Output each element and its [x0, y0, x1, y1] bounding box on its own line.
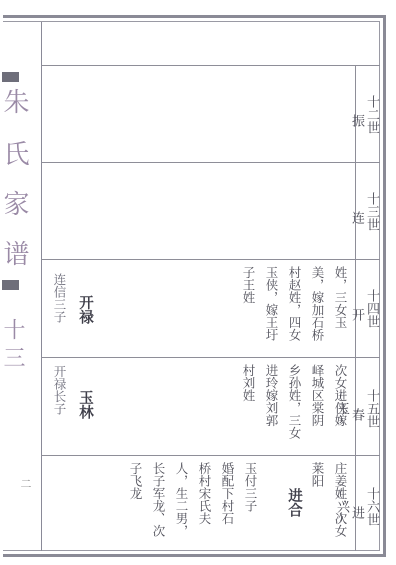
inner-border-bottom	[3, 550, 380, 551]
text-column: 乡孙姓，三女	[287, 364, 302, 439]
bio-column: 桥村宋氏夫	[197, 462, 212, 525]
generation-name: 春	[349, 376, 364, 452]
spine-marker-top	[2, 72, 19, 82]
row-divider-header	[41, 65, 380, 66]
spine-volume-char: 三	[1, 346, 23, 368]
text-column: 姓，三女玉	[333, 266, 348, 329]
spine-title-char: 朱	[1, 88, 27, 114]
text-column: 村赵姓，四女	[287, 266, 302, 341]
person-lineage-note: 连信三子	[52, 273, 67, 323]
bio-column: 长子军龙、次	[151, 462, 166, 537]
bio-column: 玉付三子	[243, 462, 258, 512]
spine-title-char: 家	[1, 190, 27, 216]
outer-border-top	[3, 15, 386, 18]
generation-label: 十二世	[364, 95, 379, 134]
spine-volume-char: 十	[1, 318, 23, 340]
spine-marker-bottom	[2, 280, 19, 290]
page-number: 二	[17, 478, 33, 489]
text-column: 美，嫁加石桥	[310, 266, 325, 341]
text-column: 村刘姓	[241, 364, 256, 402]
row-divider-12	[41, 162, 380, 163]
text-column: 峄城区棠阴	[310, 364, 325, 427]
generation-name: 进	[349, 474, 364, 550]
generation-label: 十六世	[364, 487, 379, 526]
text-column: 莱阳	[310, 462, 325, 487]
generation-label: 十三世	[364, 192, 379, 231]
bio-column: 子飞龙	[128, 462, 143, 500]
generation-label: 十五世	[364, 389, 379, 428]
inner-border-top	[3, 21, 380, 22]
generation-cell-13: 十三世连	[356, 169, 379, 254]
bio-column: 人，生二男，	[174, 462, 189, 537]
row-divider-13	[41, 259, 380, 260]
spine-title-char: 谱	[1, 240, 27, 266]
generation-name: 连	[349, 181, 364, 254]
row-divider-14	[41, 357, 380, 358]
outer-border-right	[383, 15, 386, 557]
generation-name: 振	[349, 84, 364, 157]
generation-name: 开	[349, 278, 364, 351]
spine-title-char: 氏	[1, 140, 27, 166]
text-column: 子王姓	[241, 266, 256, 304]
person-name: 玉林	[76, 390, 94, 419]
person-name: 进合	[285, 488, 303, 517]
table-left-border	[41, 22, 42, 551]
person-name: 开禄	[76, 295, 94, 324]
row-divider-15	[41, 455, 380, 456]
text-column: 庄姜姓，次女	[333, 462, 348, 537]
generation-cell-16: 十六世进(兴)	[356, 462, 379, 550]
outer-border-bottom	[3, 554, 386, 557]
generation-cell-15: 十五世春(玉)	[356, 364, 379, 452]
bio-column: 婚配下村石	[220, 462, 235, 525]
generation-cell-14: 十四世开	[356, 266, 379, 351]
person-lineage-note: 开禄长子	[52, 365, 67, 415]
inner-border-right	[379, 21, 380, 551]
generation-cell-12: 十二世振	[356, 72, 379, 157]
text-column: 次女进侠嫁	[333, 364, 348, 427]
generation-label: 十四世	[364, 289, 379, 328]
text-column: 玉侠，嫁王圩	[264, 266, 279, 341]
text-column: 进玲嫁刘郭	[264, 364, 279, 427]
